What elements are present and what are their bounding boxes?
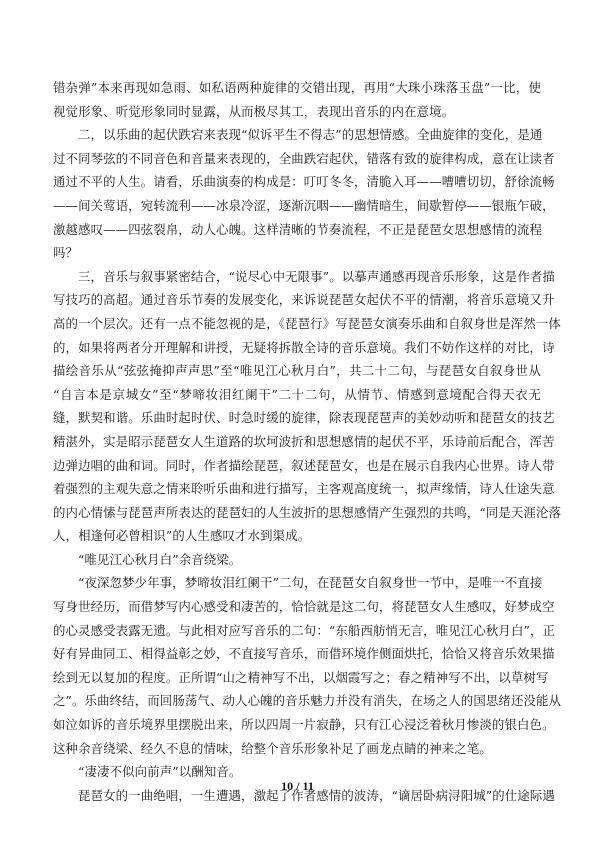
document-body: 错杂弹”本来再现如急雨、如私语两种旋律的交错出现，再用“大珠小珠落玉盘”一比，使… [53, 76, 541, 807]
text-line: 边弹边唱的曲和词。同时，作者描绘琵琶，叙述琵琶女，也是在展示自我内心世界。诗人带 [53, 454, 541, 478]
text-line: 过不同琴弦的不同音色和音量来表现的，全曲跌宕起伏，错落有致的旋律构成，意在让读者 [53, 147, 541, 171]
text-line: “夜深忽梦少年事，梦啼妆泪红阑干”二句，在琵琶女自叙身世一节中，是唯一不直接 [53, 571, 541, 595]
text-line: 写身世经历，而借梦写内心感受和凄苦的，恰恰就是这二句，将琵琶女人生感叹，好梦成空 [53, 595, 541, 619]
text-line: 这种余音绕梁、经久不息的情味，给整个音乐形象补足了画龙点睛的神来之笔。 [53, 737, 541, 761]
text-line: 的心灵感受表露无遗。与此相对应写音乐的二句：“东船西舫悄无言，唯见江心秋月白”，… [53, 619, 541, 643]
text-line: 人，相逢何必曾相识”的人生感叹才水到渠成。 [53, 524, 541, 548]
text-line: 精湛外，实是昭示琵琶女人生道路的坎坷波折和思想感情的起伏不平，乐诗前后配合，浑苦 [53, 430, 541, 454]
text-line: 通过不平的人生。请看，乐曲演奏的构成是：叮叮冬冬，清脆入耳——嘈嘈切切，舒徐流畅 [53, 170, 541, 194]
text-line: 缝，默契和谐。乐曲时起时伏、时急时缓的旋律，除表现琵琶声的美妙动听和琵琶女的技艺 [53, 406, 541, 430]
text-line: 的内心情愫与琵琶声所表达的琵琶妇的人生波折的思想感情产生强烈的共鸣，“同是天涯沦… [53, 501, 541, 525]
text-line: 如泣如诉的音乐境界里摆脱出来，所以四周一片寂静，只有江心浸泛着秋月惨淡的银白色。 [53, 713, 541, 737]
document-page: 错杂弹”本来再现如急雨、如私语两种旋律的交错出现，再用“大珠小珠落玉盘”一比，使… [0, 0, 595, 841]
text-line: 描绘音乐从“弦弦掩抑声声思”至“唯见江心秋月白”，共二十二句，与琵琶女自叙身世从 [53, 359, 541, 383]
page-number: 10 / 11 [0, 779, 595, 794]
text-line: ——间关莺语，宛转流利——冰泉冷涩，逐渐沉咽——幽情暗生，间歇暂停——银瓶乍破， [53, 194, 541, 218]
text-line: 三，音乐与叙事紧密结合，“说尽心中无限事”。以摹声通感再现音乐形象，这是作者描 [53, 265, 541, 289]
text-line: “唯见江心秋月白”余音绕梁。 [53, 548, 541, 572]
text-line: 视觉形象、听觉形象同时显露，从而极尽其工，表现出音乐的内在意境。 [53, 100, 541, 124]
text-line: “自言本是京城女”至“梦啼妆泪红阑干”二十二句，从情节、情感到意境配合得天衣无 [53, 383, 541, 407]
text-line: 绘到无以复加的程度。正所谓“山之精神写不出，以烟霞写之；春之精神写不出，以草树写 [53, 666, 541, 690]
text-line: 之”。乐曲终结，而回肠荡气、动人心魄的音乐魅力并没有消失，在场之人的国思绪还没能… [53, 689, 541, 713]
text-line: 好有异曲同工、相得益彰之妙，不直接写音乐，而借环境作侧面烘托，恰恰又将音乐效果描 [53, 642, 541, 666]
text-line: 吗？ [53, 241, 541, 265]
text-line: 的，如果将两者分开理解和讲授，无疑将拆散全诗的音乐意境。我们不妨作这样的对比，诗 [53, 336, 541, 360]
text-line: 错杂弹”本来再现如急雨、如私语两种旋律的交错出现，再用“大珠小珠落玉盘”一比，使 [53, 76, 541, 100]
text-line: 着强烈的主观失意之情来聆听乐曲和进行描写，主客观高度统一，拟声缘情，诗人仕途失意 [53, 477, 541, 501]
text-line: 二，以乐曲的起伏跌宕来表现“似诉平生不得志”的思想情感。全曲旋律的变化，是通 [53, 123, 541, 147]
text-line: 高的一个层次。还有一点不能忽视的是，《琵琶行》写琵琶女演奏乐曲和自叙身世是浑然一… [53, 312, 541, 336]
text-line: 写技巧的高超。通过音乐节奏的发展变化，来诉说琵琶女起伏不平的情潮，将音乐意境又升 [53, 288, 541, 312]
text-line: 激越感叹——四弦裂帛，动人心魄。这样清晰的节奏流程，不正是琵琶女思想感情的流程 [53, 218, 541, 242]
